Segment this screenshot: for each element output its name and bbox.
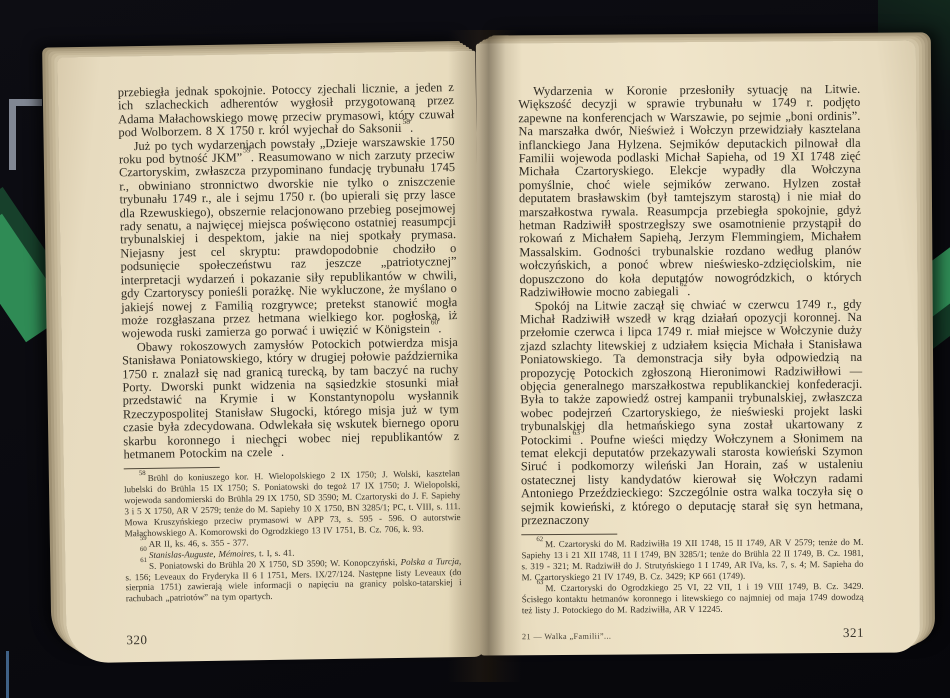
- text-segment: Obawy rokoszowych zamysłów Potockich pot…: [122, 335, 459, 462]
- book-photo-scene: przebiegła jednak spokojnie. Potoccy zje…: [0, 0, 950, 698]
- right-page-footer: 21 — Walka „Familii”... 321: [522, 625, 864, 643]
- text-segment: .: [281, 445, 284, 459]
- book-page-left: przebiegła jednak spokojnie. Potoccy zje…: [57, 51, 484, 663]
- right-page-footnotes: 62M. Czartoryski do M. Radziwiłła 19 XII…: [521, 537, 864, 616]
- text-segment: Polska a Turcja,: [400, 556, 461, 567]
- running-footer-text: 21 — Walka „Familii”...: [522, 632, 611, 642]
- text-segment: Spokój na Litwie zaczął się chwiać w cze…: [520, 296, 863, 446]
- left-page-body-text: przebiegła jednak spokojnie. Potoccy zje…: [118, 81, 460, 462]
- paragraph: Wydarzenia w Koronie przesłoniły sytuacj…: [518, 83, 861, 300]
- text-segment: s. 156; Leveaux do Fryderyka II 6 I 1751…: [125, 567, 461, 604]
- text-segment: .: [438, 322, 441, 336]
- footnote: 63M. Czartoryski do Ogrodzkiego 25 VI, 2…: [522, 581, 864, 616]
- paragraph: Spokój na Litwie zaczął się chwiać w cze…: [520, 297, 864, 527]
- right-page-body-text: Wydarzenia w Koronie przesłoniły sytuacj…: [518, 83, 863, 528]
- footnote-marker: 58: [402, 116, 410, 125]
- left-page-footnotes: 58Brühl do koniuszego kor. H. Wielopolsk…: [124, 468, 462, 604]
- right-page-content: Wydarzenia w Koronie przesłoniły sytuacj…: [476, 40, 920, 655]
- footnote-number: 58: [139, 470, 146, 477]
- footnote: 61S. Poniatowski do Brühla 20 X 1750, SD…: [125, 556, 462, 605]
- text-segment: Brühl do koniuszego kor. H. Wielopolskie…: [124, 468, 461, 538]
- paragraph: przebiegła jednak spokojnie. Potoccy zje…: [118, 81, 455, 140]
- footnote-number: 63: [537, 580, 544, 587]
- text-segment: Stanislas-Auguste, Mémoires,: [149, 548, 257, 560]
- footnote-marker: 61: [273, 440, 281, 449]
- page-number-left: 320: [126, 632, 147, 648]
- paragraph: Obawy rokoszowych zamysłów Potockich pot…: [122, 336, 460, 462]
- footnote-marker: 63: [573, 428, 581, 437]
- footnote-marker: 62: [680, 280, 688, 289]
- open-book: przebiegła jednak spokojnie. Potoccy zje…: [20, 30, 922, 682]
- footnote: 62M. Czartoryski do M. Radziwiłła 19 XII…: [521, 537, 863, 583]
- text-segment: .: [687, 284, 690, 298]
- footnote-number: 60: [140, 546, 147, 553]
- text-segment: przebiegła jednak spokojnie. Potoccy zje…: [118, 80, 455, 139]
- text-segment: t. I, s. 41.: [256, 547, 294, 558]
- footnote: 58Brühl do koniuszego kor. H. Wielopolsk…: [124, 468, 461, 539]
- text-segment: M. Czartoryski do M. Radziwiłła 19 XII 1…: [521, 537, 863, 582]
- text-segment: .: [410, 121, 413, 135]
- text-segment: . Poufne wieści między Wołczynem a Słoni…: [521, 430, 863, 527]
- left-page-content: przebiegła jednak spokojnie. Potoccy zje…: [57, 51, 484, 663]
- paragraph: Już po tych wydarzeniach powstały „Dziej…: [119, 135, 458, 341]
- text-segment: AR II, ks. 46, s. 355 - 377.: [149, 537, 249, 549]
- page-number-right: 321: [843, 625, 864, 641]
- book-page-right: Wydarzenia w Koronie przesłoniły sytuacj…: [476, 40, 920, 655]
- footnote-number: 61: [140, 557, 147, 564]
- footnote-marker: 60: [431, 317, 439, 326]
- background-blue-line: [6, 651, 9, 698]
- footnote-marker: 59: [243, 146, 251, 155]
- text-segment: M. Czartoryski do Ogrodzkiego 25 VI, 22 …: [522, 581, 864, 615]
- footnote-number: 62: [536, 536, 543, 543]
- footnote-number: 59: [140, 535, 147, 542]
- text-segment: . Reasumowano w nich zarzuty przeciw Cza…: [119, 147, 457, 341]
- text-segment: Wydarzenia w Koronie przesłoniły sytuacj…: [518, 82, 861, 299]
- left-page-footer: 320: [126, 627, 462, 648]
